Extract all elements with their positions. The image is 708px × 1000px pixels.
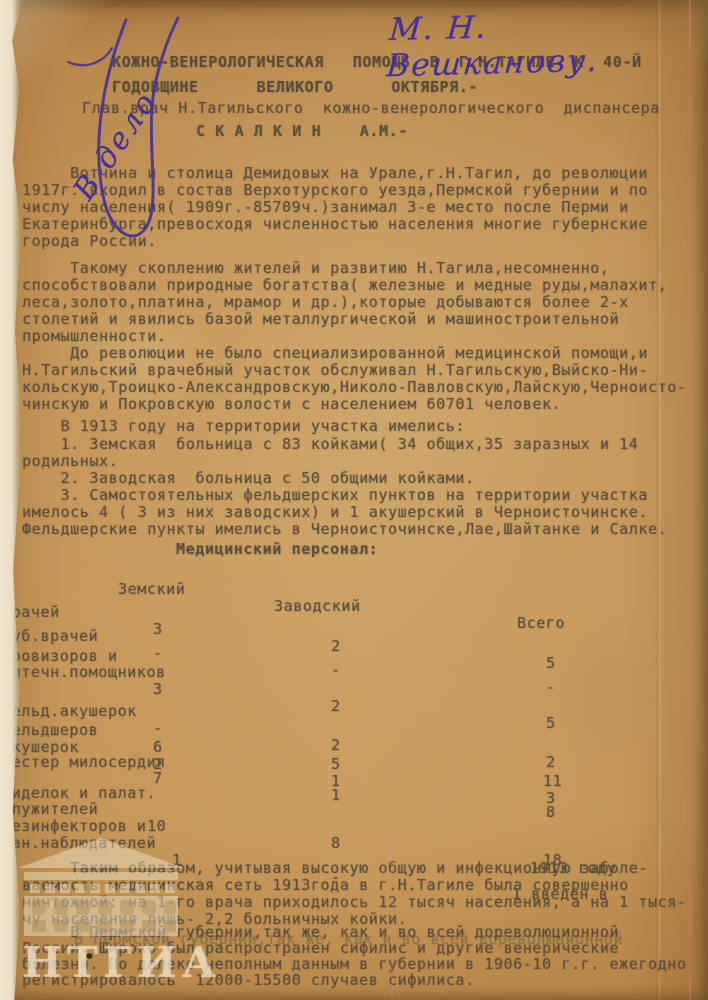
table-header-row: Земский Заводский Всего: [0, 564, 708, 581]
table-row: Дезинфекторов и: [0, 801, 708, 818]
list-item: 2. Заводская больница с 50 общими койкам…: [22, 470, 702, 487]
margin-rule-line: [391, 838, 393, 1000]
handwritten-recipient: М. Н. Вешканову.: [385, 4, 708, 85]
handwritten-flourish-icon: [8, 10, 188, 290]
table-row: Фельд.акушерок - 2 2: [0, 686, 708, 703]
table-row: Зуб.врачей - - -: [0, 611, 708, 628]
table-row: Провизоров и: [0, 631, 708, 648]
list-intro: В 1913 году на территории участка имелис…: [22, 418, 465, 435]
ink-blot: [86, 953, 93, 959]
list-item: 1. Земская больница с 83 койками( 34 общ…: [22, 436, 702, 470]
archive-watermark-text: НТГИА: [22, 938, 221, 987]
list-item: 3. Самостоятельных фельдшерских пунктов …: [22, 487, 706, 538]
table-row: Врачей 3 2 5: [0, 587, 708, 604]
table-row: Сиделок и палат.: [0, 768, 708, 785]
author-name: С К А Л К И Н А.М.-: [196, 123, 408, 140]
table-title: Медицинский персонал:: [176, 541, 378, 558]
table-row: служителей 10 8 18: [0, 784, 708, 801]
table-row: сан.наблюдателей 1 - 1 введен в: [0, 818, 708, 835]
table-row: Сестер милосердия: [0, 737, 708, 754]
paragraph-prerevolution-medicine: До революции не было специализированной …: [22, 345, 702, 413]
table-row: Фельдшеров 6 5 11: [0, 705, 708, 722]
table-row: аптечн.помощников: [0, 647, 708, 664]
scanned-document-page: КОЖНО-ВЕНЕРОЛОГИЧЕСКАЯ ПОМОЩЬ В Г.Н.ТАГИ…: [0, 0, 708, 1000]
archive-building-icon: [16, 838, 186, 942]
table-row: 3 2 5: [0, 664, 708, 681]
margin-rule-line: [689, 0, 691, 1000]
